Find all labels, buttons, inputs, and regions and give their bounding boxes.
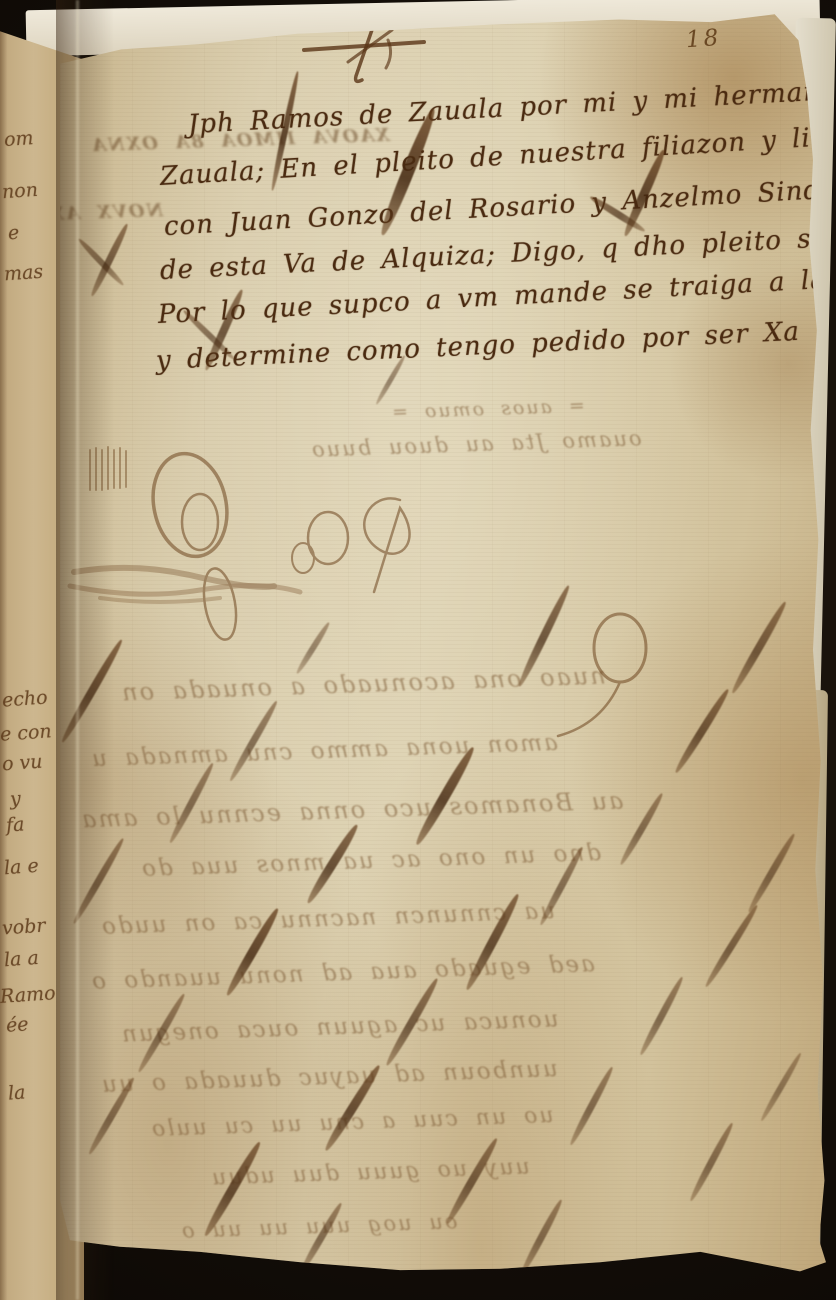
- gutter-fold-highlight: [76, 0, 79, 1300]
- gutter-fragment: la a: [3, 947, 39, 971]
- gutter-fragment: ée: [5, 1013, 29, 1037]
- manuscript-page: 18 XAOVA IIMOA 8A OXNA NOVX AX Jph Ramos…: [60, 0, 826, 1300]
- gutter-fragment: la e: [3, 855, 39, 879]
- gutter-fragment: e con: [0, 720, 52, 746]
- gutter-fragment: Ramo: [0, 982, 56, 1008]
- gutter-fragment: la: [7, 1081, 26, 1104]
- gutter-fragment: non: [1, 179, 38, 203]
- flourish-bleedthrough: [60, 0, 826, 1300]
- gutter-fragment: echo: [1, 686, 48, 711]
- gutter-fragment: fa: [5, 813, 25, 836]
- gutter-fragment: y: [9, 788, 21, 811]
- gutter-fragment: mas: [3, 261, 44, 286]
- gutter-fragment: o vu: [1, 751, 43, 776]
- gutter-fragment: vobr: [1, 915, 46, 940]
- gutter-fragment: om: [3, 127, 34, 151]
- gutter-fragment: e: [7, 222, 20, 245]
- manuscript-photo: om non e mas echo e con o vu y fa la e v…: [0, 0, 836, 1300]
